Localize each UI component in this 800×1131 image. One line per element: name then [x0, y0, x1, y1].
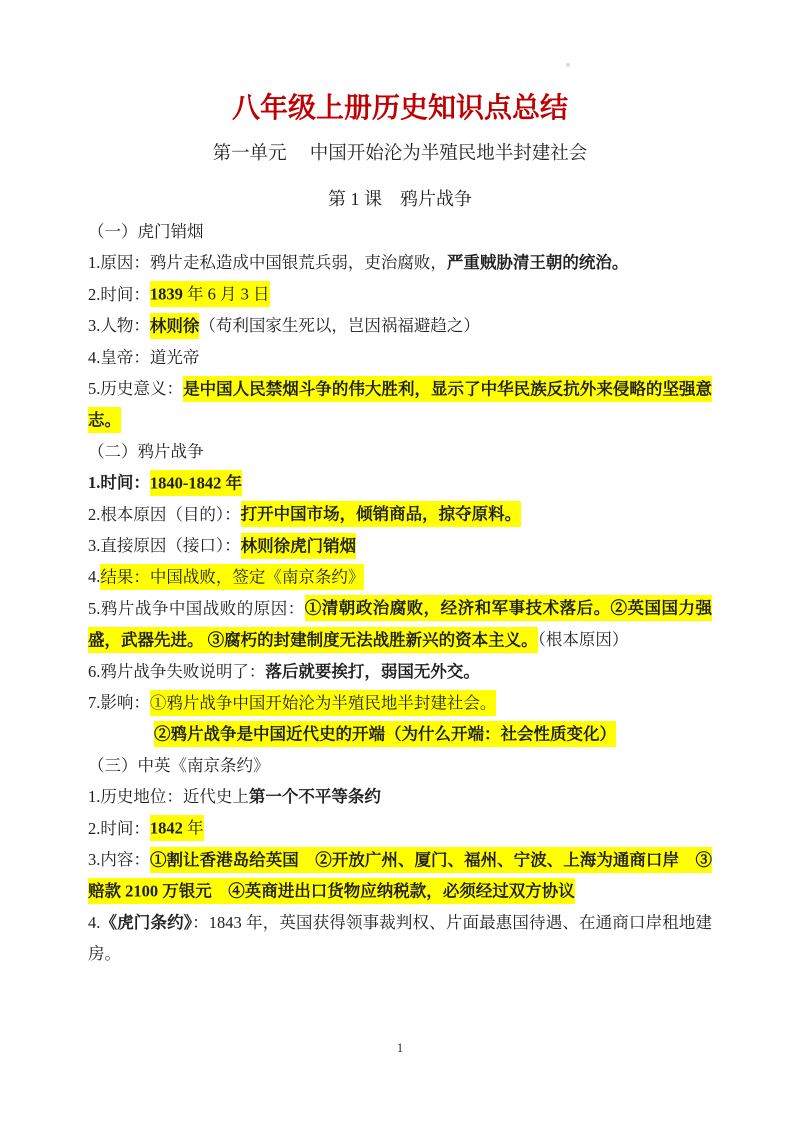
unit-heading: 第一单元 中国开始沦为半殖民地半封建社会: [0, 139, 800, 165]
text-run: （一）虎门销烟: [88, 222, 204, 241]
item-result: 4.结果：中国战败，签定《南京条约》: [88, 561, 712, 592]
highlighted-text: 1842: [150, 815, 183, 841]
highlighted-text: 打开中国市场，倾销商品，掠夺原料。: [241, 501, 522, 527]
text-run: 3.人物：: [88, 316, 150, 335]
item-content: 3.内容：①割让香港岛给英国 ②开放广州、厦门、福州、宁波、上海为通商口岸 ③赔…: [88, 844, 712, 907]
document-title: 八年级上册历史知识点总结: [0, 86, 800, 126]
item-humen-treaty: 4.《虎门条约》：1843 年，英国获得领事裁判权、片面最惠国待遇、在通商口岸租…: [88, 907, 712, 970]
text-run: 2.根本原因（目的）：: [88, 505, 241, 524]
text-run: 第一个不平等条约: [249, 787, 381, 806]
lesson-heading: 第 1 课 鸦片战争: [0, 185, 800, 211]
item-time: 2.时间：1842 年: [88, 813, 712, 844]
item-root-cause: 2.根本原因（目的）：打开中国市场，倾销商品，掠夺原料。: [88, 499, 712, 530]
highlighted-text: 1839: [150, 281, 183, 307]
text-run: 1.原因：鸦片走私造成中国银荒兵弱，吏治腐败，: [88, 253, 447, 272]
text-run: 6.鸦片战争失败说明了：: [88, 662, 265, 681]
item-status: 1.历史地位：近代史上第一个不平等条约: [88, 781, 712, 812]
item-lesson: 6.鸦片战争失败说明了：落后就要挨打，弱国无外交。: [88, 656, 712, 687]
text-run: 落后就要挨打，弱国无外交。: [265, 662, 480, 681]
text-run: （根本原因）: [538, 630, 629, 649]
item-significance: 5.历史意义：是中国人民禁烟斗争的伟大胜利，显示了中华民族反抗外来侵略的坚强意志…: [88, 373, 712, 436]
section-1-heading: （一）虎门销烟: [88, 216, 712, 247]
page-artifact-dot: [566, 63, 570, 67]
item-direct-cause: 3.直接原因（接口）：林则徐虎门销烟: [88, 530, 712, 561]
text-run: 2.时间：: [88, 819, 150, 838]
text-run: 4.: [88, 567, 100, 586]
document-body: （一）虎门销烟1.原因：鸦片走私造成中国银荒兵弱，吏治腐败，严重贼胁清王朝的统治…: [88, 216, 712, 970]
highlighted-text: 林则徐虎门销烟: [241, 533, 357, 559]
text-run: 1.历史地位：近代史上: [88, 787, 249, 806]
section-2-heading: （二）鸦片战争: [88, 436, 712, 467]
highlighted-text: ②鸦片战争是中国近代史的开端（为什么开端：社会性质变化）: [154, 721, 616, 747]
item-time: 1.时间：1840-1842 年: [88, 467, 712, 498]
text-run: 严重贼胁清王朝的统治。: [447, 253, 629, 272]
highlighted-text: 年 6 月 3 日: [183, 281, 270, 307]
text-run: （二）鸦片战争: [88, 442, 204, 461]
text-run: 3.直接原因（接口）：: [88, 536, 241, 555]
highlighted-text: 年: [183, 815, 204, 841]
item-reason: 1.原因：鸦片走私造成中国银荒兵弱，吏治腐败，严重贼胁清王朝的统治。: [88, 247, 712, 278]
text-run: 《虎门条约》: [100, 913, 192, 932]
text-run: 5.历史意义：: [88, 379, 183, 398]
text-run: 2.时间：: [88, 285, 150, 304]
highlighted-text: 1840-1842 年: [150, 470, 242, 496]
highlighted-text: 结果：中国战败，签定《南京条约》: [100, 564, 364, 590]
text-run: 7.影响：: [88, 693, 150, 712]
item-impact-1: 7.影响：①鸦片战争中国开始沦为半殖民地半封建社会。: [88, 687, 712, 718]
document-page: 八年级上册历史知识点总结 第一单元 中国开始沦为半殖民地半封建社会 第 1 课 …: [0, 0, 800, 1131]
text-run: （三）中英《南京条约》: [88, 756, 270, 775]
item-defeat-reasons: 5.鸦片战争中国战败的原因：①清朝政治腐败，经济和军事技术落后。②英国国力强盛，…: [88, 593, 712, 656]
text-run: （苟利国家生死以，岂因祸福避趋之）: [199, 316, 480, 335]
text-run: 4.皇帝：道光帝: [88, 348, 199, 367]
item-time: 2.时间：1839 年 6 月 3 日: [88, 279, 712, 310]
text-run: 1.时间：: [88, 473, 150, 492]
item-person: 3.人物：林则徐（苟利国家生死以，岂因祸福避趋之）: [88, 310, 712, 341]
item-impact-2: ②鸦片战争是中国近代史的开端（为什么开端：社会性质变化）: [88, 719, 712, 750]
section-3-heading: （三）中英《南京条约》: [88, 750, 712, 781]
highlighted-text: 林则徐: [150, 313, 200, 339]
text-run: 5.鸦片战争中国战败的原因：: [88, 599, 305, 618]
text-run: 3.内容：: [88, 850, 150, 869]
highlighted-text: ①割让香港岛给英国 ②开放广州、厦门、福州、宁波、上海为通商口岸 ③赔款 210…: [88, 847, 712, 904]
text-run: 4.: [88, 913, 100, 932]
item-emperor: 4.皇帝：道光帝: [88, 342, 712, 373]
highlighted-text: ①鸦片战争中国开始沦为半殖民地半封建社会。: [150, 690, 497, 716]
page-number: 1: [0, 1040, 800, 1056]
